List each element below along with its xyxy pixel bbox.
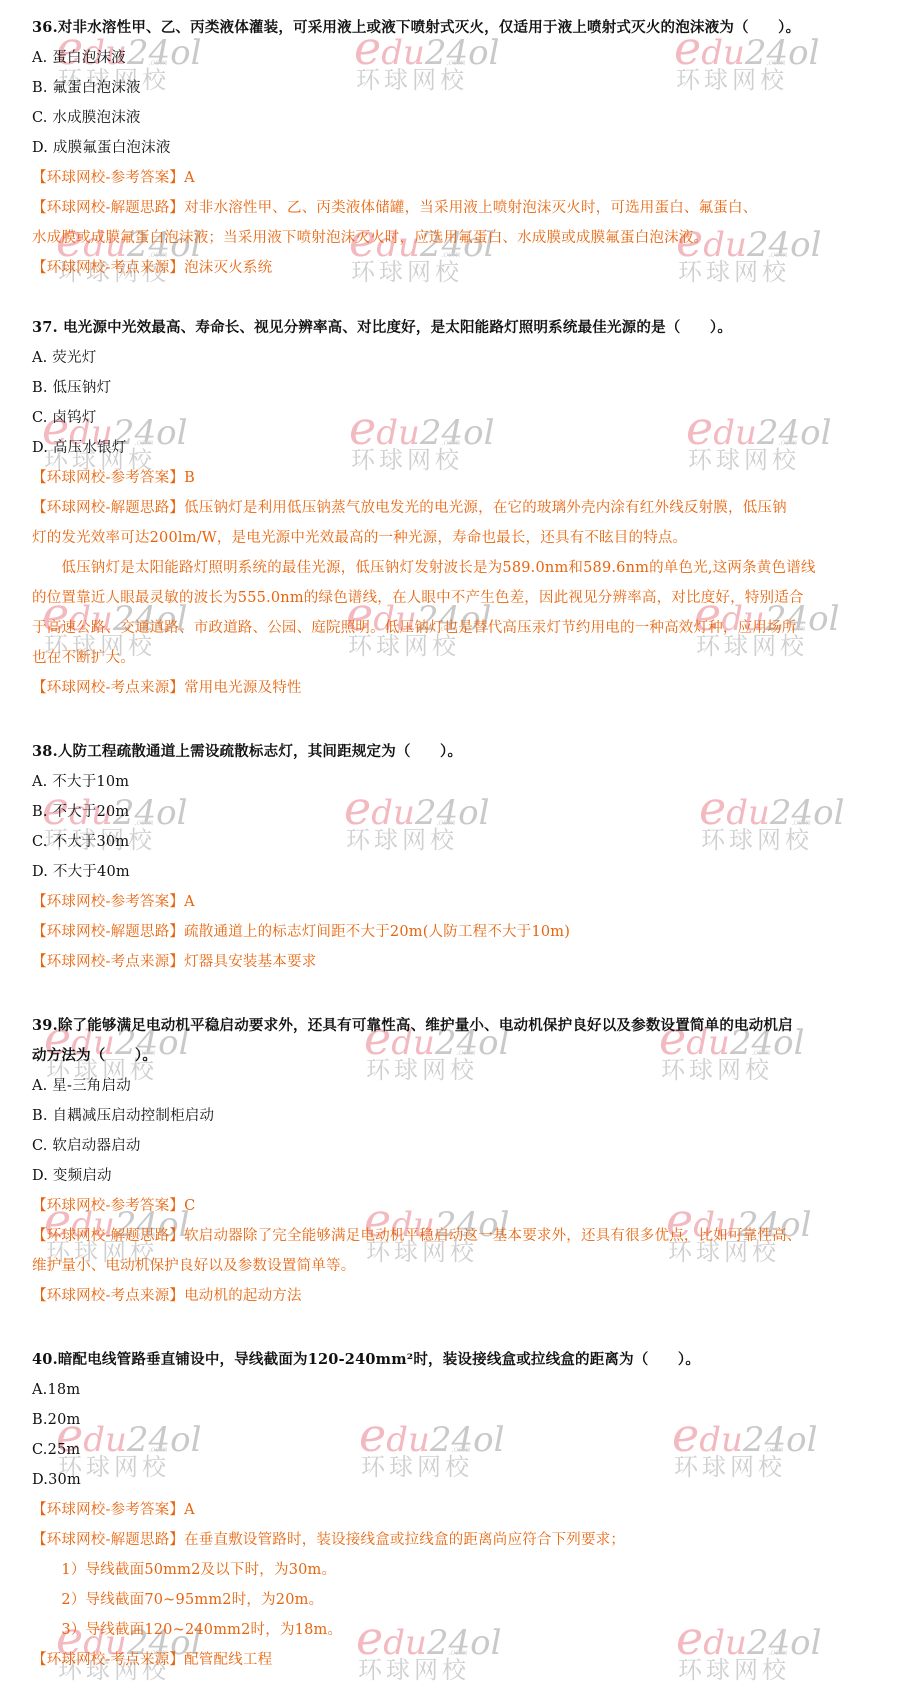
- watermark-logo: edu24ol.com环球网校: [345, 410, 475, 480]
- question-stem: 39.除了能够满足电动机平稳启动要求外，还具有可靠性高、维护量小、电动机保护良好…: [32, 1016, 793, 1036]
- reference-answer: 【环球网校-参考答案】A: [32, 892, 195, 912]
- analysis-line: 2）导线截面70~95mm2时，为20m。: [32, 1590, 323, 1610]
- option-b: B. 氟蛋白泡沫液: [32, 78, 141, 98]
- option-b: B. 不大于20m: [32, 802, 129, 822]
- analysis-line: 3）导线截面120~240mm2时，为18m。: [32, 1620, 342, 1640]
- reference-answer: 【环球网校-参考答案】A: [32, 168, 195, 188]
- analysis-line: 【环球网校-解题思路】低压钠灯是利用低压钠蒸气放电发光的电光源，在它的玻璃外壳内…: [32, 498, 787, 518]
- analysis-line: 【环球网校-解题思路】对非水溶性甲、乙、丙类液体储罐，当采用液上喷射泡沫灭火时，…: [32, 198, 757, 218]
- analysis-line: 于高速公路、交通道路、市政道路、公园、庭院照明。低压钠灯也是替代高压汞灯节约用电…: [32, 618, 796, 638]
- analysis-line: 灯的发光效率可达200lm/W，是电光源中光效最高的一种光源，寿命也最长，还具有…: [32, 528, 687, 548]
- option-c: C.25m: [32, 1440, 80, 1460]
- knowledge-source: 【环球网校-考点来源】电动机的起动方法: [32, 1286, 302, 1306]
- analysis-line: 1）导线截面50mm2及以下时，为30m。: [32, 1560, 336, 1580]
- option-b: B. 自耦减压启动控制柜启动: [32, 1106, 214, 1126]
- question-stem: 38.人防工程疏散通道上需设疏散标志灯，其间距规定为（ ）。: [32, 742, 462, 762]
- knowledge-source: 【环球网校-考点来源】泡沫灭火系统: [32, 258, 272, 278]
- option-d: D. 高压水银灯: [32, 438, 126, 458]
- watermark-logo: edu24ol.com环球网校: [695, 790, 825, 860]
- option-b: B.20m: [32, 1410, 80, 1430]
- option-a: A. 不大于10m: [32, 772, 129, 792]
- option-c: C. 水成膜泡沫液: [32, 108, 141, 128]
- document-page: edu24ol.com环球网校 edu24ol.com环球网校 edu24ol.…: [0, 0, 920, 1693]
- watermark-logo: edu24ol.com环球网校: [682, 410, 812, 480]
- analysis-line: 的位置靠近人眼最灵敏的波长为555.0nm的绿色谱线，在人眼中不产生色差，因此视…: [32, 588, 804, 608]
- option-c: C. 不大于30m: [32, 832, 129, 852]
- reference-answer: 【环球网校-参考答案】C: [32, 1196, 195, 1216]
- option-a: A.18m: [32, 1380, 80, 1400]
- option-a: A. 荧光灯: [32, 348, 96, 368]
- knowledge-source: 【环球网校-考点来源】灯器具安装基本要求: [32, 952, 316, 972]
- analysis-line: 【环球网校-解题思路】在垂直敷设管路时，装设接线盒或拉线盒的距离尚应符合下列要求…: [32, 1530, 625, 1550]
- knowledge-source: 【环球网校-考点来源】常用电光源及特性: [32, 678, 302, 698]
- option-a: A. 蛋白泡沫液: [32, 48, 126, 68]
- watermark-logo: edu24ol.com环球网校: [355, 1417, 485, 1487]
- watermark-logo: edu24ol.com环球网校: [340, 790, 470, 860]
- analysis-line: 低压钠灯是太阳能路灯照明系统的最佳光源，低压钠灯发射波长是为589.0nm和58…: [32, 558, 816, 578]
- analysis-line: 【环球网校-解题思路】疏散通道上的标志灯间距不大于20m(人防工程不大于10m): [32, 922, 570, 942]
- question-stem: 37. 电光源中光效最高、寿命长、视见分辨率高、对比度好，是太阳能路灯照明系统最…: [32, 318, 732, 338]
- option-c: C. 卤钨灯: [32, 408, 97, 428]
- option-c: C. 软启动器启动: [32, 1136, 141, 1156]
- question-stem: 40.暗配电线管路垂直铺设中，导线截面为120-240mm²时，装设接线盒或拉线…: [32, 1350, 700, 1370]
- analysis-line: 水成膜或成膜氟蛋白泡沫液；当采用液下喷射泡沫灭火时，应选用氟蛋白、水成膜或成膜氟…: [32, 228, 708, 248]
- option-b: B. 低压钠灯: [32, 378, 111, 398]
- option-d: D.30m: [32, 1470, 81, 1490]
- analysis-line: 【环球网校-解题思路】软启动器除了完全能够满足电动机平稳启动这一基本要求外，还具…: [32, 1226, 802, 1246]
- watermark-logo: edu24ol.com环球网校: [352, 1620, 482, 1690]
- watermark-logo: edu24ol.com环球网校: [672, 1620, 802, 1690]
- watermark-logo: edu24ol.com环球网校: [668, 1417, 798, 1487]
- reference-answer: 【环球网校-参考答案】A: [32, 1500, 195, 1520]
- option-d: D. 不大于40m: [32, 862, 130, 882]
- question-stem: 动方法为（ ）。: [32, 1046, 157, 1066]
- analysis-line: 维护量小、电动机保护良好以及参数设置简单等。: [32, 1256, 355, 1276]
- question-stem: 36.对非水溶性甲、乙、丙类液体灌装，可采用液上或液下喷射式灭火，仅适用于液上喷…: [32, 18, 800, 38]
- option-d: D. 变频启动: [32, 1166, 112, 1186]
- option-d: D. 成膜氟蛋白泡沫液: [32, 138, 171, 158]
- option-a: A. 星-三角启动: [32, 1076, 131, 1096]
- knowledge-source: 【环球网校-考点来源】配管配线工程: [32, 1650, 272, 1670]
- reference-answer: 【环球网校-参考答案】B: [32, 468, 195, 488]
- watermark-logo: edu24ol.com环球网校: [350, 30, 480, 100]
- watermark-logo: edu24ol.com环球网校: [670, 30, 800, 100]
- analysis-line: 也在不断扩大。: [32, 648, 135, 668]
